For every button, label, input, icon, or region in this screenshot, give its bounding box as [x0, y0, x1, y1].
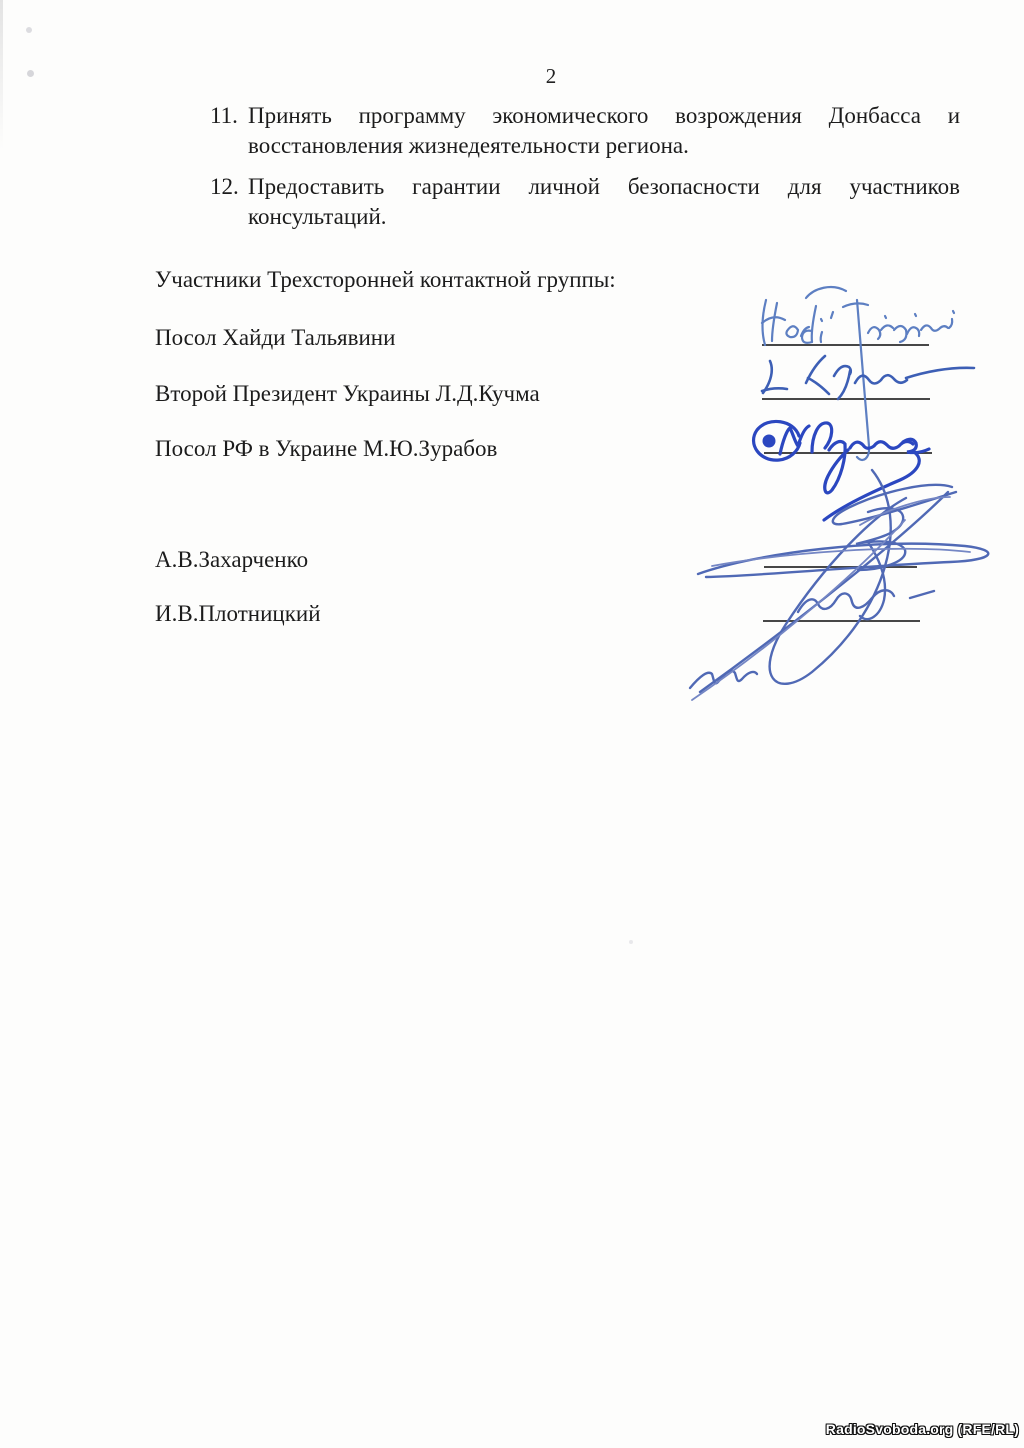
signature-tagliavini — [762, 287, 954, 460]
radiosvoboda-watermark: RadioSvoboda.org (RFE/RL) — [826, 1421, 1019, 1437]
page-number: 2 — [0, 64, 1024, 89]
scan-speck — [629, 940, 633, 944]
list-item-11: 11. Принять программу экономического воз… — [210, 101, 960, 161]
participant-tagliavini: Посол Хайди Тальявини — [155, 324, 395, 352]
scan-speck — [26, 27, 32, 33]
signature-line-plotnitsky — [763, 620, 920, 622]
signature-line-zurabov — [764, 452, 932, 454]
signature-kuchma — [762, 356, 974, 399]
signature-zakharchenko-plotnitsky — [690, 470, 988, 692]
participant-kuchma: Второй Президент Украины Л.Д.Кучма — [155, 380, 540, 408]
signature-line-kuchma — [762, 398, 930, 400]
numbered-list: 11. Принять программу экономического воз… — [210, 101, 960, 243]
list-item-12: 12. Предоставить гарантии личной безопас… — [210, 172, 960, 232]
signature-line-tagliavini — [762, 344, 929, 346]
participant-plotnitsky: И.В.Плотницкий — [155, 600, 321, 628]
list-item-number: 11. — [210, 101, 248, 161]
signature-zurabov — [754, 421, 929, 520]
list-item-text: Предоставить гарантии личной безопасност… — [248, 172, 960, 232]
signature-line-zakharchenko — [764, 566, 917, 568]
participant-zakharchenko: А.В.Захарченко — [155, 546, 308, 574]
participants-heading: Участники Трехсторонней контактной групп… — [155, 266, 616, 294]
signature-sprawl-light-strokes — [692, 497, 970, 700]
list-item-text: Принять программу экономического возрожд… — [248, 101, 960, 161]
list-item-number: 12. — [210, 172, 248, 232]
document-page: 2 11. Принять программу экономического в… — [0, 0, 1024, 1448]
participant-zurabov: Посол РФ в Украине М.Ю.Зурабов — [155, 435, 497, 463]
